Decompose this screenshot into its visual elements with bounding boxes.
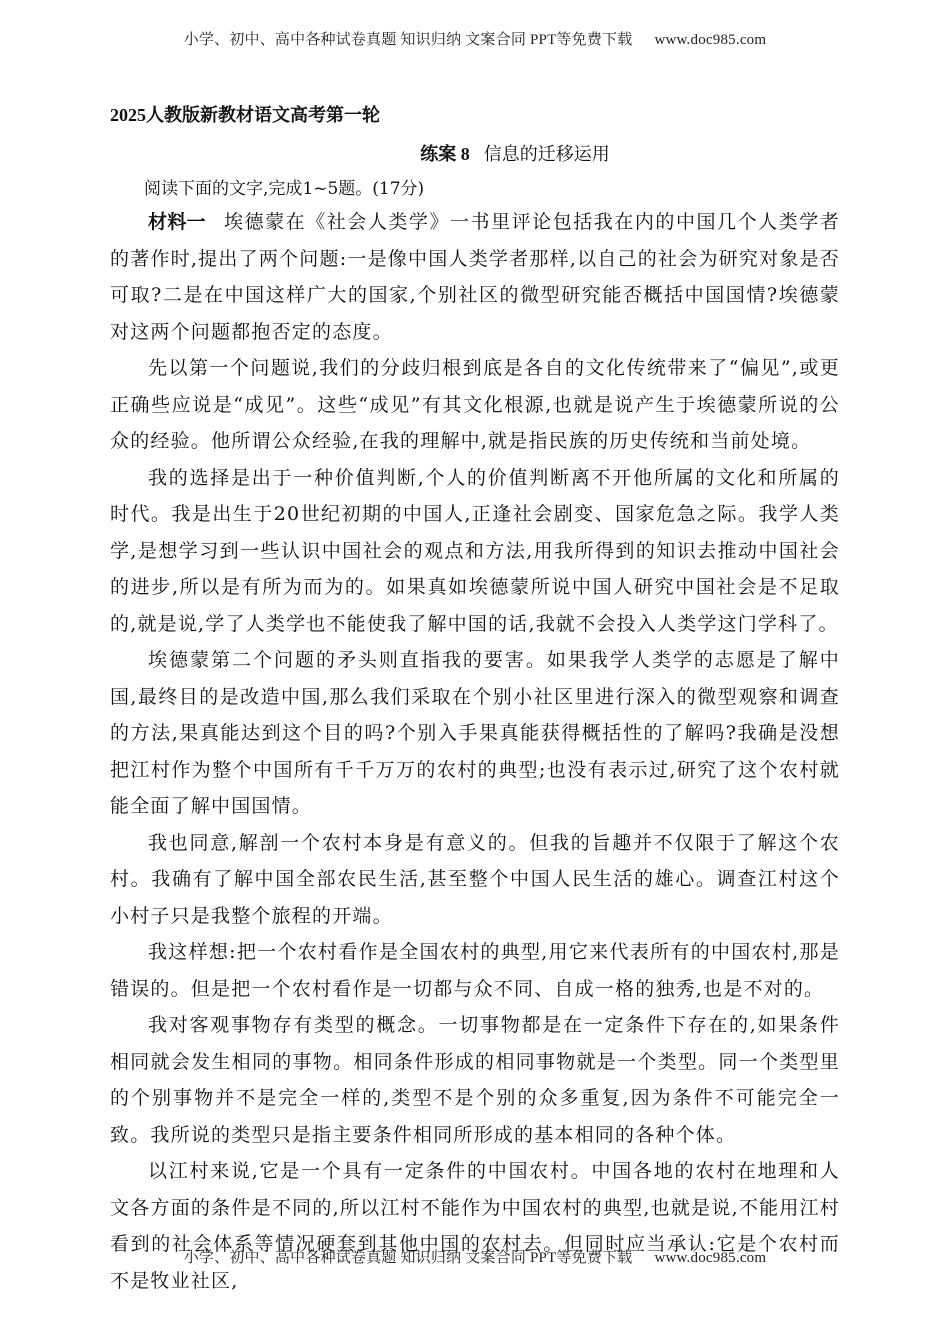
paragraph-5: 我也同意,解剖一个农村本身是有意义的。但我的旨趣并不仅限于了解这个农村。我确有了… (110, 825, 840, 935)
paragraph-3: 我的选择是出于一种价值判断,个人的价值判断离不开他所属的文化和所属的时代。我是出… (110, 460, 840, 643)
reading-instruction: 阅读下面的文字,完成1~5题。(17分) (110, 174, 840, 204)
material-one: 材料一埃德蒙在《社会人类学》一书里评论包括我在内的中国几个人类学者的著作时,提出… (110, 204, 840, 1299)
document-page: 2025人教版新教材语文高考第一轮 练案 8信息的迁移运用 阅读下面的文字,完成… (110, 100, 840, 1299)
page-header: 小学、初中、高中各种试卷真题 知识归纳 文案合同 PPT等免费下载www.doc… (0, 28, 950, 49)
paragraph-4: 埃德蒙第二个问题的矛头则直指我的要害。如果我学人类学的志愿是了解中国,最终目的是… (110, 642, 840, 825)
exercise-title: 信息的迁移运用 (484, 144, 610, 165)
document-title: 练案 8信息的迁移运用 (110, 140, 840, 168)
header-banner: 小学、初中、高中各种试卷真题 知识归纳 文案合同 PPT等免费下载 (184, 32, 633, 48)
paragraph-1: 材料一埃德蒙在《社会人类学》一书里评论包括我在内的中国几个人类学者的著作时,提出… (110, 204, 840, 350)
footer-banner: 小学、初中、高中各种试卷真题 知识归纳 文案合同 PPT等免费下载 (184, 1250, 633, 1266)
header-url[interactable]: www.doc985.com (654, 32, 766, 48)
paragraph-6: 我这样想:把一个农村看作是全国农村的典型,用它来代表所有的中国农村,那是错误的。… (110, 934, 840, 1007)
document-series-title: 2025人教版新教材语文高考第一轮 (110, 100, 840, 130)
footer-url[interactable]: www.doc985.com (654, 1250, 766, 1266)
exercise-number: 练案 8 (420, 144, 470, 164)
paragraph-7: 我对客观事物存有类型的概念。一切事物都是在一定条件下存在的,如果条件相同就会发生… (110, 1007, 840, 1153)
paragraph-8: 以江村来说,它是一个具有一定条件的中国农村。中国各地的农村在地理和人文各方面的条… (110, 1153, 840, 1299)
page-footer: 小学、初中、高中各种试卷真题 知识归纳 文案合同 PPT等免费下载www.doc… (0, 1246, 950, 1267)
paragraph-2: 先以第一个问题说,我们的分歧归根到底是各自的文化传统带来了“偏见”,或更正确些应… (110, 350, 840, 460)
material-label: 材料一 (148, 211, 206, 233)
